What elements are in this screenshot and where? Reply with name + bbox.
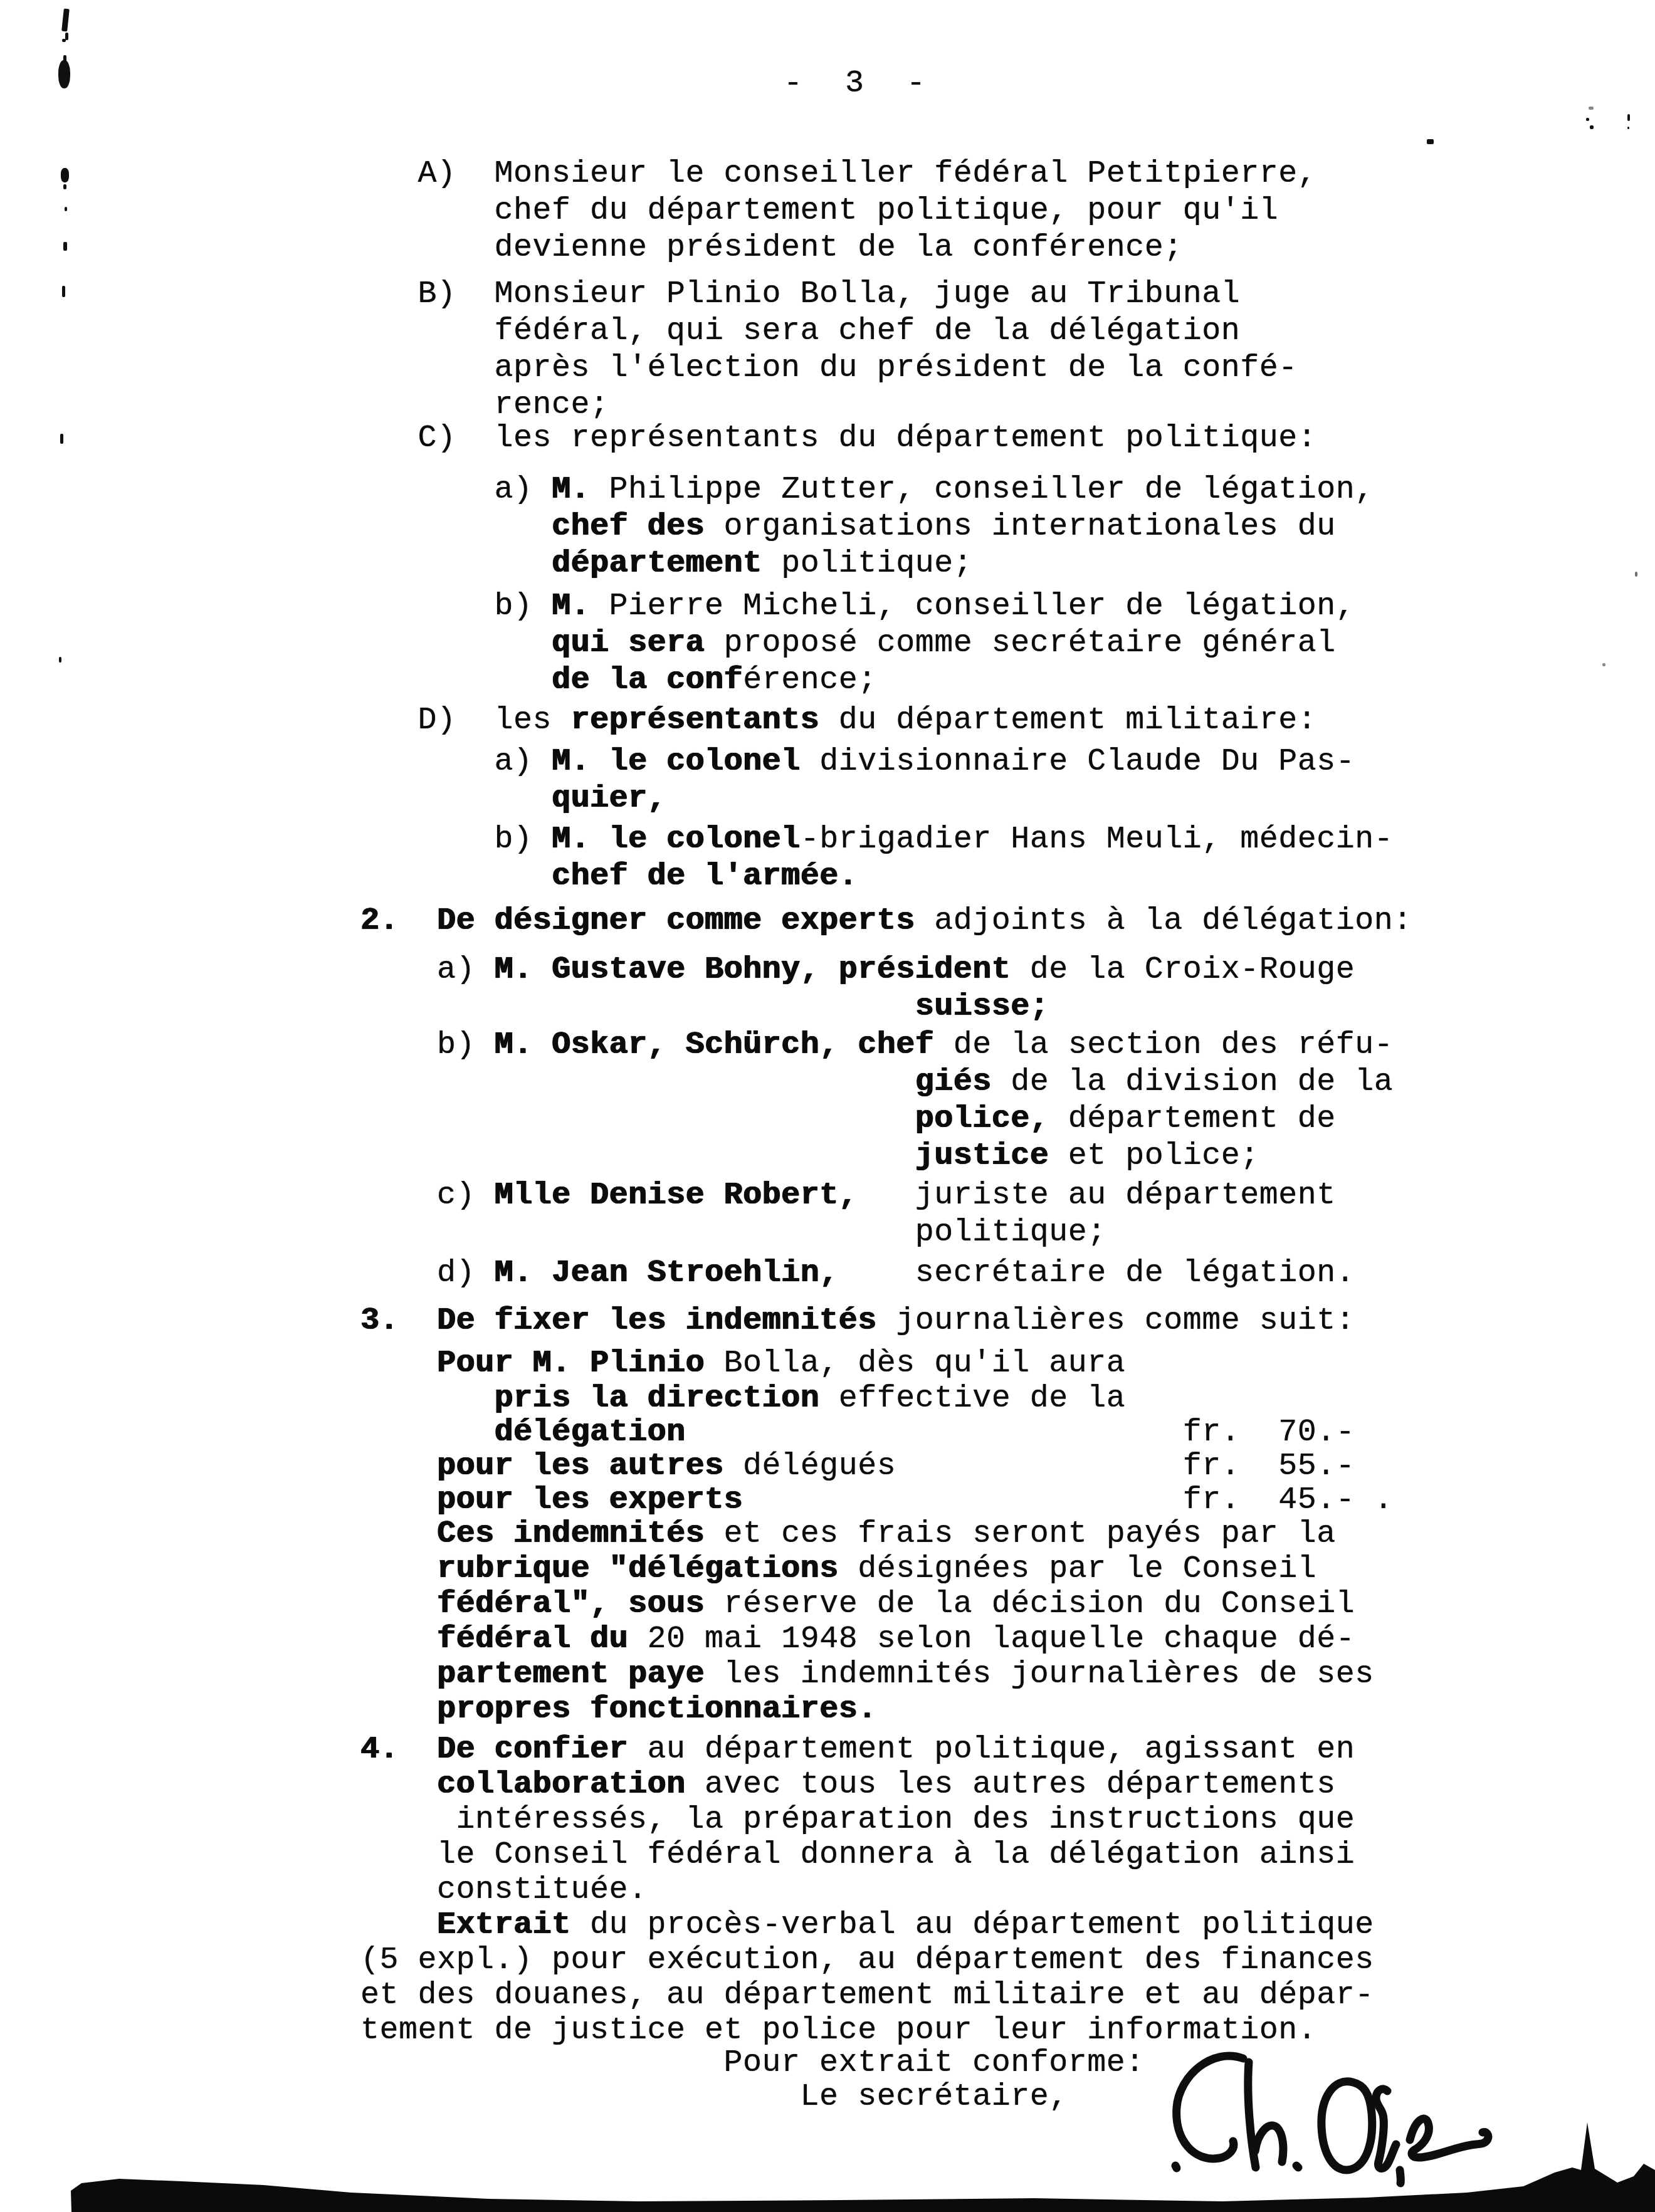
line-item-c-title: C) les représentants du département poli… — [360, 420, 1316, 457]
line-item-2-a-1: a) M. Gustave Bohny, président de la Cro… — [360, 951, 1355, 988]
line-item-c-b-2: qui sera proposé comme secrétaire généra… — [360, 625, 1336, 662]
line-item-2-b-3: police, département de — [360, 1101, 1336, 1138]
scan-artifact — [1627, 127, 1629, 129]
scan-artifact — [58, 60, 70, 88]
line-fee-5-amount-45: pour les experts fr. 45.- . — [360, 1482, 1393, 1519]
scan-artifact — [63, 242, 67, 251]
line-item-c-b-3: de la conférence; — [360, 662, 877, 699]
line-item-c-b-1: b) M. Pierre Micheli, conseiller de léga… — [360, 588, 1355, 625]
scan-edge-shadow — [0, 2068, 1655, 2212]
line-item-d-b-2: chef de l'armée. — [360, 858, 858, 895]
line-item-2-title: 2. De désigner comme experts adjoints à … — [360, 903, 1412, 940]
scan-artifact — [1635, 572, 1637, 577]
line-item-2-b-4: justice et police; — [360, 1138, 1259, 1175]
line-item-3-para-3: fédéral", sous réserve de la décision du… — [360, 1586, 1355, 1623]
line-item-3-para-5: partement paye les indemnités journalièr… — [360, 1656, 1374, 1693]
line-item-3-para-4: fédéral du 20 mai 1948 selon laquelle ch… — [360, 1621, 1355, 1658]
line-item-c-a-1: a) M. Philippe Zutter, conseiller de lég… — [360, 471, 1374, 508]
line-item-2-c-2: politique; — [360, 1214, 1106, 1251]
line-item-b-3: après l'élection du président de la conf… — [360, 350, 1298, 387]
line-item-c-a-2: chef des organisations internationales d… — [360, 508, 1336, 545]
scan-artifact — [63, 184, 66, 189]
scan-edge-shadow-svg — [0, 2068, 1655, 2212]
scan-artifact — [65, 207, 67, 211]
scan-artifact — [59, 657, 61, 663]
line-item-3-para-1: Ces indemnités et ces frais seront payés… — [360, 1516, 1336, 1553]
line-item-2-a-2: suisse; — [360, 988, 1049, 1025]
line-item-2-b-1: b) M. Oskar, Schürch, chef de la section… — [360, 1027, 1393, 1064]
line-item-a-1: A) Monsieur le conseiller fédéral Petitp… — [360, 155, 1316, 192]
scan-artifact — [1602, 663, 1605, 666]
line-item-4-4: le Conseil fédéral donnera à la délégati… — [360, 1837, 1355, 1874]
scan-artifact — [1589, 107, 1594, 110]
line-item-d-a-2: quier, — [360, 780, 666, 817]
line-item-4-3: intéressés, la préparation des instructi… — [360, 1801, 1355, 1838]
scan-artifact — [61, 9, 70, 32]
line-item-2-d-1: d) M. Jean Stroehlin, secrétaire de léga… — [360, 1255, 1355, 1292]
line-item-b-4: rence; — [360, 387, 609, 424]
scanned-document-page: - 3 - A) Monsieur le conseiller fédéral … — [0, 0, 1655, 2212]
scan-artifact — [62, 286, 65, 297]
line-fee-1: Pour M. Plinio Bolla, dès qu'il aura — [360, 1345, 1125, 1382]
scan-artifact — [60, 434, 63, 444]
line-item-d-title: D) les représentants du département mili… — [360, 702, 1316, 739]
line-fee-2: pris la direction effective de la — [360, 1380, 1125, 1417]
line-item-b-1: B) Monsieur Plinio Bolla, juge au Tribun… — [360, 276, 1240, 313]
scan-artifact — [1627, 114, 1630, 121]
scan-artifact — [61, 168, 69, 182]
line-item-a-2: chef du département politique, pour qu'i… — [360, 192, 1278, 229]
line-item-3-para-6: propres fonctionnaires. — [360, 1691, 877, 1728]
line-item-d-b-1: b) M. le colonel-brigadier Hans Meuli, m… — [360, 821, 1393, 858]
scan-artifact — [62, 39, 66, 42]
line-closing-2: (5 expl.) pour exécution, au département… — [360, 1942, 1374, 1979]
line-item-d-a-1: a) M. le colonel divisionnaire Claude Du… — [360, 743, 1355, 780]
line-fee-4-amount-55: pour les autres délégués fr. 55.- — [360, 1448, 1355, 1485]
line-fee-3-amount-70: délégation fr. 70.- — [360, 1414, 1355, 1451]
line-closing-1: Extrait du procès-verbal au département … — [360, 1907, 1374, 1944]
line-item-c-a-3: département politique; — [360, 545, 972, 582]
page-number: - 3 - — [784, 65, 937, 102]
line-item-4-2: collaboration avec tous les autres dépar… — [360, 1766, 1336, 1803]
line-closing-3: et des douanes, au département militaire… — [360, 1977, 1374, 2014]
line-item-b-2: fédéral, qui sera chef de la délégation — [360, 313, 1240, 350]
scan-artifact — [1427, 139, 1434, 144]
line-item-2-c-1: c) Mlle Denise Robert, juriste au départ… — [360, 1177, 1336, 1214]
page-number-text: - 3 - — [784, 66, 937, 102]
line-item-4-1: 4. De confier au département politique, … — [360, 1731, 1355, 1768]
line-item-2-b-2: giés de la division de la — [360, 1064, 1393, 1101]
scan-artifact — [1590, 125, 1594, 129]
line-item-4-5: constituée. — [360, 1872, 648, 1909]
line-item-3-para-2: rubrique "délégations désignées par le C… — [360, 1551, 1316, 1588]
line-item-3-title: 3. De fixer les indemnités journalières … — [360, 1303, 1355, 1339]
scan-artifact — [1586, 118, 1589, 121]
line-item-a-3: devienne président de la conférence; — [360, 229, 1183, 266]
